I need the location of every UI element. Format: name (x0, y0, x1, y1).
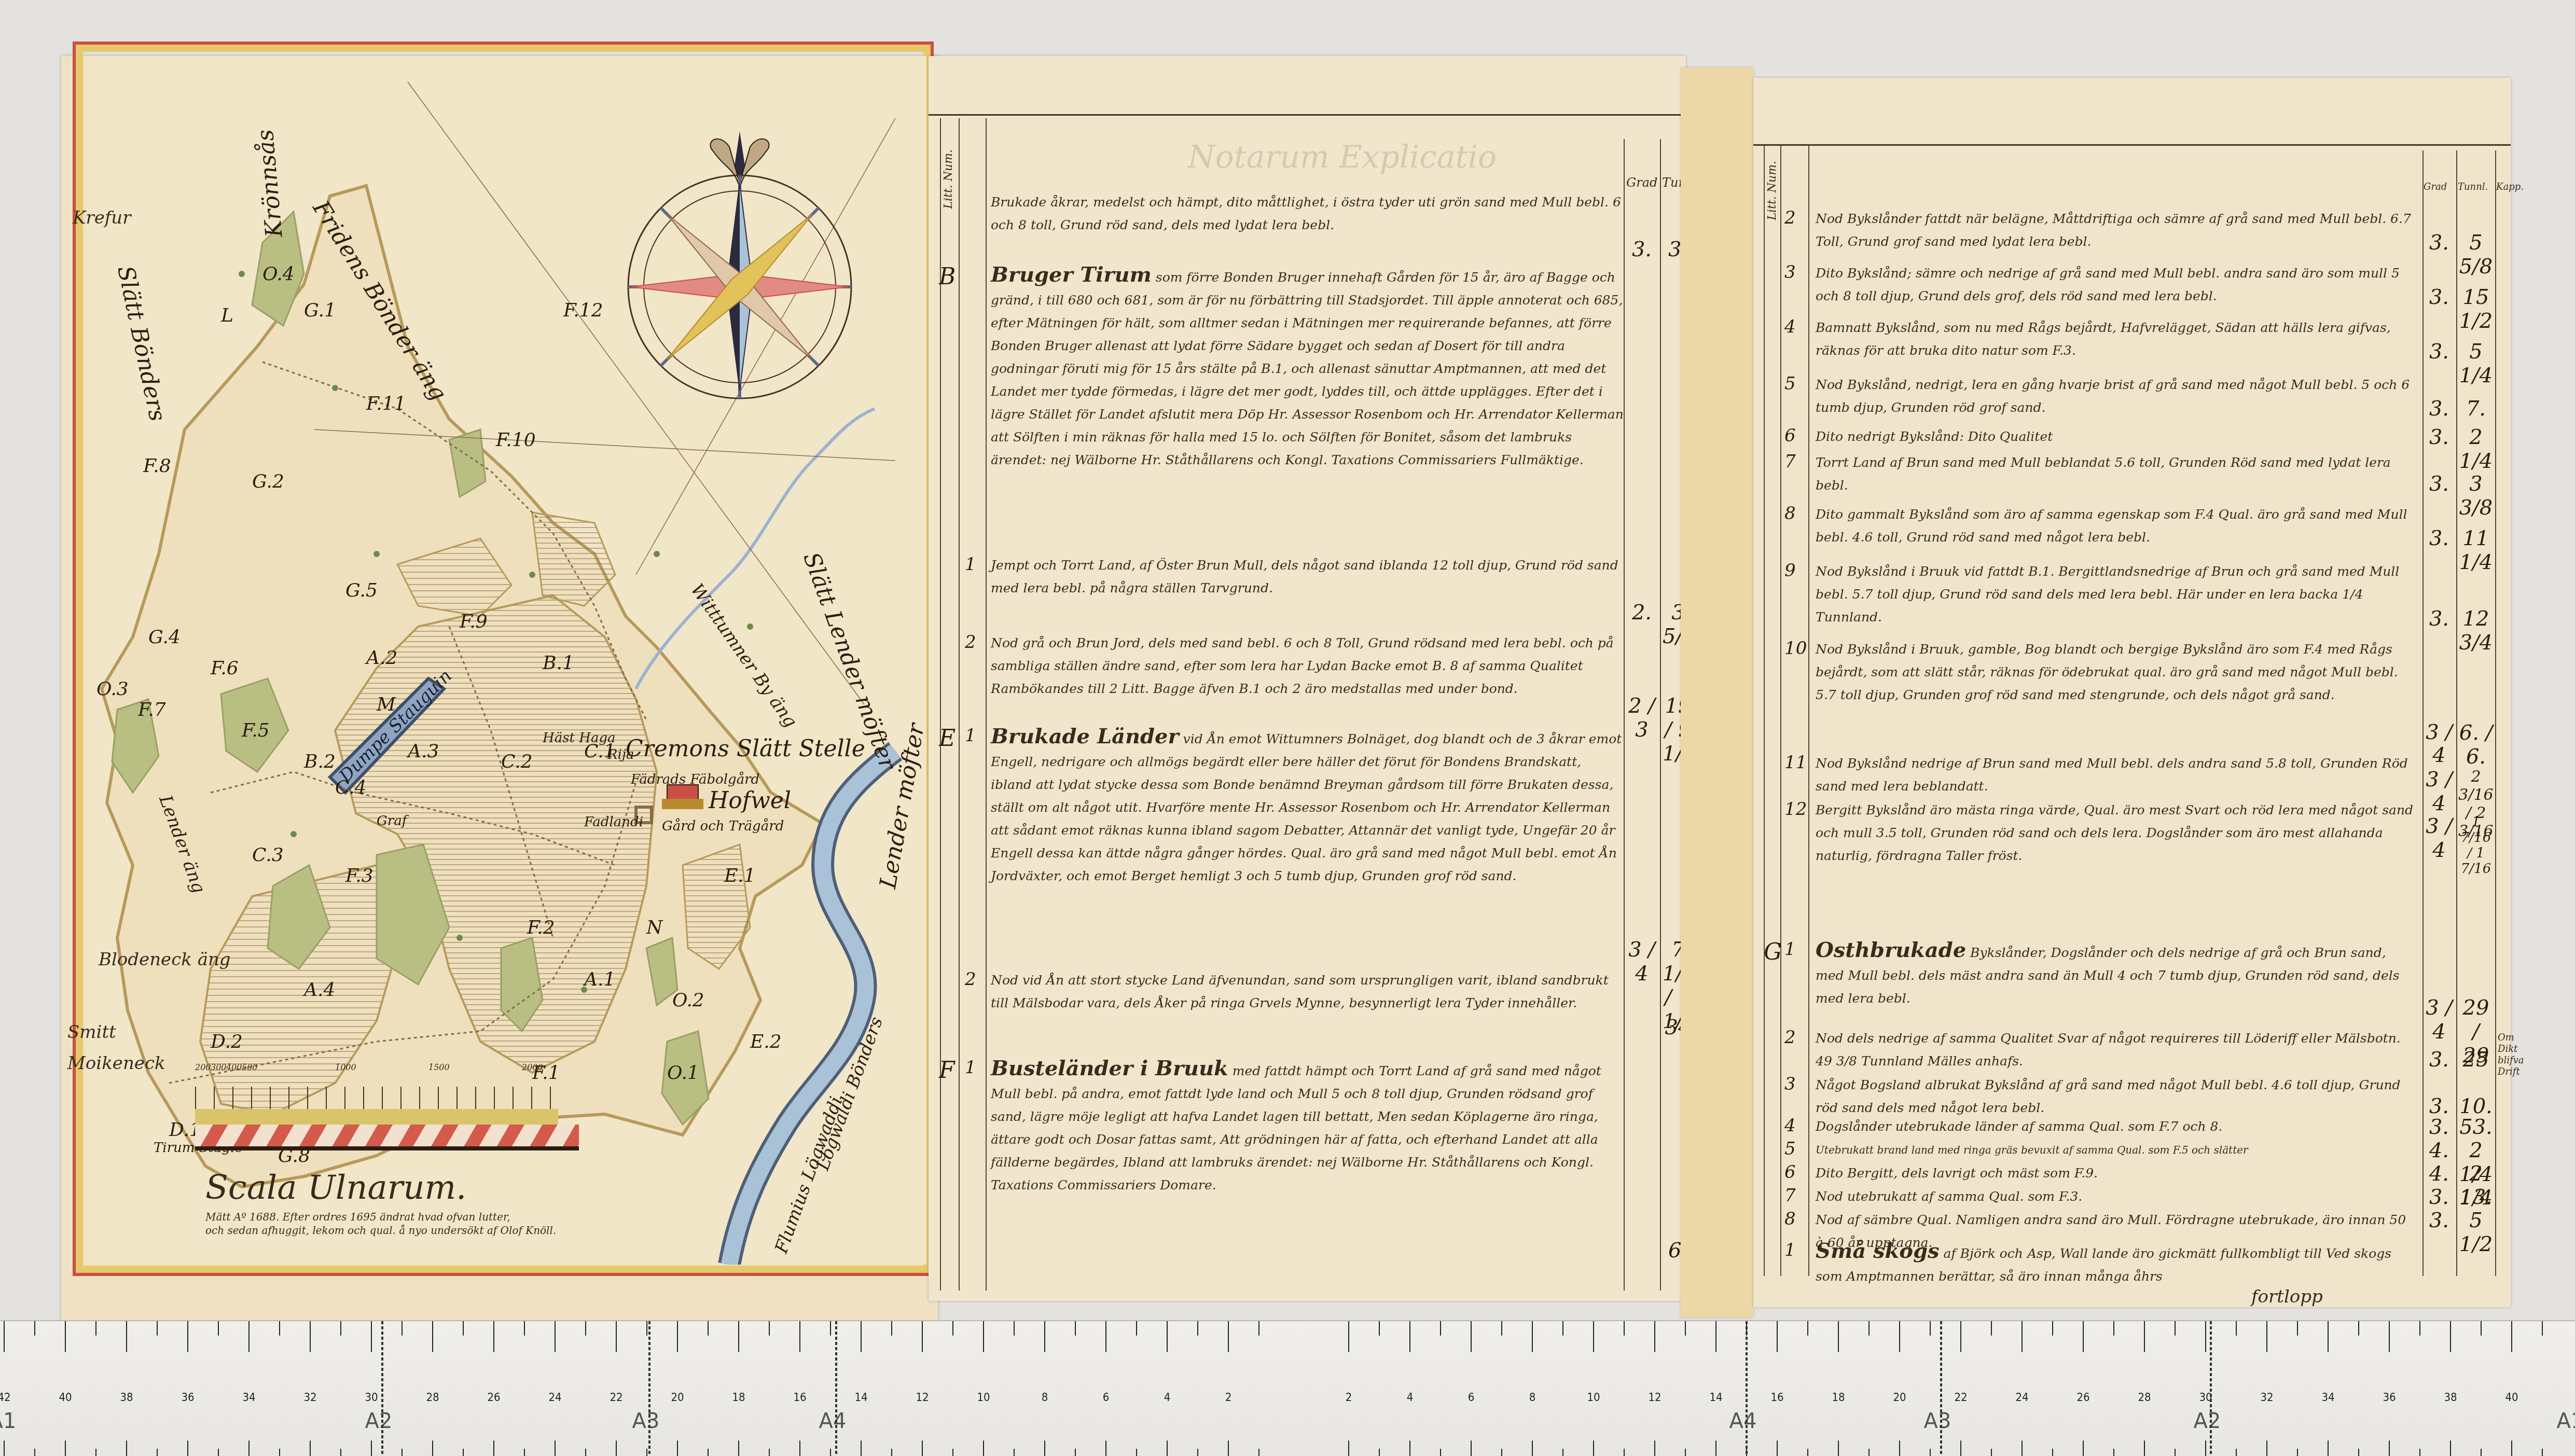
format-mark (648, 1321, 650, 1456)
entry: Nod dels nedrige af samma Qualitet Svar … (1816, 1027, 2417, 1073)
entry: Nod Bykslånd, nedrigt, lera en gång hvar… (1816, 373, 2417, 419)
parcel-code: D.2 (211, 1031, 243, 1052)
description-page-right: Litt. Num. Grad Tunnl. Kapp. 2 Nod Byksl… (1753, 78, 2511, 1307)
ruler-number: 36 (181, 1391, 194, 1404)
entry-number: 1 (965, 725, 976, 746)
entry-number: 4 (1784, 1115, 1796, 1136)
parcel-code: M (377, 694, 396, 715)
paper-format-label: A1 (0, 1409, 16, 1433)
ruler-number: 22 (610, 1391, 622, 1404)
column-rule (986, 118, 987, 1291)
value-grad: 3. (2424, 231, 2455, 255)
entry-number: 1 (965, 1057, 976, 1078)
entry: Torrt Land af Brun sand med Mull bebland… (1816, 451, 2417, 497)
scale-note-line-1: Mätt Aº 1688. Efter ordres 1695 ändrat h… (205, 1210, 600, 1224)
entry: Jempt och Torrt Land, af Öster Brun Mull… (991, 554, 1624, 600)
ruler-number: 38 (120, 1391, 133, 1404)
parcel-code: F.10 (496, 429, 536, 451)
value-grad: 3. (2424, 340, 2455, 364)
ruler-number: 36 (2383, 1391, 2396, 1404)
ruler-number: 30 (365, 1391, 378, 1404)
entry-text: Nod vid Ån att stort stycke Land äfvenun… (991, 973, 1609, 1010)
entry-text: med fattdt hämpt och Torrt Land af grå s… (991, 1063, 1601, 1192)
entry-number: 3 (1784, 1074, 1796, 1094)
entry: Små skogsaf Björk och Asp, Wall lande är… (1816, 1240, 2417, 1288)
parcel-code: C.1 (584, 741, 616, 762)
entry: Nod Bykslånd nedrige af Brun sand med Mu… (1816, 752, 2417, 798)
ruler-number: 14 (854, 1391, 867, 1404)
ruler-number: 38 (2444, 1391, 2457, 1404)
compass-rose-icon (610, 121, 869, 494)
column-header-lit-num: Litt. Num. (1766, 161, 1779, 220)
entry: Nod vid Ån att stort stycke Land äfvenun… (991, 969, 1624, 1015)
ruler-number: 12 (916, 1391, 929, 1404)
entry-text: Dito Bykslånd; sämre och nedrige af grå … (1816, 266, 2400, 303)
entry-text: Torrt Land af Brun sand med Mull bebland… (1816, 455, 2391, 493)
scale-tick: 200 (195, 1062, 211, 1072)
value-grad: 3 / 4 (2424, 814, 2455, 862)
ruler-number: 6 (1103, 1391, 1110, 1404)
value-grad: 3 / 4 (1626, 938, 1657, 986)
page-watermark: Notarum Explicatio (1188, 139, 1497, 175)
label-farmyard: Fädrads Fäbolgård (631, 772, 759, 787)
format-mark (835, 1321, 837, 1456)
entry-text: Nod Bykslånd i Bruuk, gamble, Bog blandt… (1816, 642, 2398, 702)
value-tunnl: 11 1/4 (2458, 526, 2494, 574)
ruler-number: 4 (1407, 1391, 1414, 1404)
ruler-number: 2 (1225, 1391, 1232, 1404)
column-rule (959, 118, 960, 1291)
parcel-code: O.4 (262, 264, 295, 285)
parcel-code: F.2 (527, 917, 555, 938)
label-manor-sub: Hofwel (709, 787, 791, 814)
entry: Nod utebrukatt af samma Qual. som F.3. (1816, 1185, 2417, 1208)
entry-number: 2 (1784, 207, 1796, 228)
scale-tick: 300 (211, 1062, 227, 1072)
measurement-ruler: 4240383634323028262422201816141210864224… (0, 1320, 2575, 1456)
value-grad: 3 / 4 (2424, 996, 2455, 1044)
column-header-tunnl: Tunnl. (2458, 182, 2488, 192)
parcel-code: F.7 (138, 699, 166, 720)
label-smitt: Smitt Moikeneck (67, 1017, 130, 1079)
entry-text: Dito gammalt Bykslånd som äro af samma e… (1816, 507, 2407, 545)
parcel-code: A.4 (304, 979, 335, 1001)
entry-text: Bamnatt Bykslånd, som nu med Rågs bejård… (1816, 320, 2391, 358)
paper-format-label: A3 (1924, 1409, 1951, 1433)
scale-note-line-2: och sedan afhuggit, lekom och qual. å ny… (205, 1224, 600, 1237)
value-grad: 4. (2424, 1139, 2455, 1162)
ruler-number: 28 (2138, 1391, 2151, 1404)
parcel-code: F.6 (211, 658, 239, 679)
entry: Bamnatt Bykslånd, som nu med Rågs bejård… (1816, 316, 2417, 362)
column-header-kapp: Kapp. (2496, 182, 2524, 192)
parcel-code: O.3 (96, 678, 129, 700)
entry-number: 8 (1784, 503, 1796, 524)
entry-letter: G (1764, 939, 1782, 965)
entry-number: 1 (965, 554, 976, 575)
ruler-number: 20 (1893, 1391, 1906, 1404)
entry: Något Bogsland albrukat Bykslånd af grå … (1816, 1074, 2417, 1119)
entry-letter: B (939, 264, 956, 290)
entry-text: Nod Bykslånd i Bruuk vid fattdt B.1. Ber… (1816, 564, 2399, 625)
entry-number: 7 (1784, 451, 1796, 472)
paper-format-label: A2 (2194, 1409, 2221, 1433)
value-tunnl: 6. / 6. (2458, 721, 2494, 769)
column-header-lit-num: Litt. Num. (942, 149, 955, 209)
entry-letter: F (939, 1057, 955, 1084)
entry-text: vid Ån emot Wittumners Bolnäget, dog bla… (991, 731, 1622, 883)
entry: Busteländer i Bruukmed fattdt hämpt och … (991, 1057, 1624, 1197)
value-tunnl: 12 3/4 (2458, 607, 2494, 655)
label-sadlar: Fadlandi (584, 814, 643, 830)
format-mark (381, 1321, 383, 1456)
ruler-number: 28 (426, 1391, 439, 1404)
scale-tick: 1500 (428, 1062, 450, 1072)
column-header-grad: Grad (2424, 182, 2447, 192)
scale-tick: 1000 (335, 1062, 356, 1072)
entry: Dito Bykslånd; sämre och nedrige af grå … (1816, 262, 2417, 308)
ruler-number: 40 (2505, 1391, 2518, 1404)
entry-heading: Små skogs (1816, 1239, 1939, 1263)
entry-number: 1 (1784, 1240, 1796, 1260)
value-tunnl: 53. (2458, 1115, 2494, 1139)
column-rule (2495, 150, 2496, 1276)
column-rule (2456, 150, 2457, 1276)
value-tunnl: 13. (2458, 1185, 2494, 1209)
description-page-left: Notarum Explicatio Litt. Num. Grad Tunnl… (929, 56, 1686, 1301)
parcel-code: C.3 (252, 844, 284, 866)
ruler-number: 22 (1954, 1391, 1967, 1404)
entry: Dito gammalt Bykslånd som äro af samma e… (1816, 503, 2417, 549)
entry: Brukade åkrar, medelst och hämpt, dito m… (991, 191, 1624, 237)
entry-number: 6 (1784, 425, 1796, 446)
scale-tick: 400 (226, 1062, 242, 1072)
scale-hatch (195, 1125, 579, 1150)
parcel-code: G.2 (252, 471, 284, 492)
entry-number: 3 (1784, 262, 1796, 283)
value-grad: 3. (2424, 607, 2455, 631)
label-garden: Gård och Trägård (662, 819, 784, 834)
parcel-code: B.1 (543, 653, 574, 674)
label-krefur: Krefur (73, 207, 131, 228)
value-grad: 3. (1626, 238, 1657, 261)
entry-text: Dogslånder utebrukade länder af samma Qu… (1816, 1119, 2222, 1134)
entry-text: Nod Bykslånder fattdt när belägne, Måttd… (1816, 211, 2411, 249)
entry: Nod Bykslånd i Bruuk vid fattdt B.1. Ber… (1816, 560, 2417, 629)
value-grad: 2 / 3 (1626, 694, 1657, 742)
parcel-code: G.4 (148, 627, 181, 648)
ruler-number: 32 (2260, 1391, 2273, 1404)
value-grad: 3. (2424, 1048, 2455, 1072)
entry-number: 1 (1784, 939, 1796, 960)
entry-number: 7 (1784, 1185, 1796, 1206)
column-header-grad: Grad (1626, 175, 1657, 190)
value-grad: 3. (2424, 526, 2455, 550)
format-mark (1746, 1321, 1748, 1456)
parcel-code: F.11 (366, 393, 406, 414)
value-grad: 3 / 4 (2424, 768, 2455, 815)
ruler-number: 24 (2015, 1391, 2028, 1404)
entry: Nod Bykslånd i Bruuk, gamble, Bog blandt… (1816, 638, 2417, 706)
parcel-code: F.9 (460, 611, 488, 632)
column-rule (1780, 145, 1781, 1276)
entry-number: 2 (965, 632, 976, 653)
value-tunnl: 15 1/2 (2458, 285, 2494, 333)
entry-number: 9 (1784, 560, 1796, 581)
entry-letter: E (939, 725, 956, 752)
paper-format-label: A3 (632, 1409, 660, 1433)
entry-number: 12 (1784, 799, 1807, 820)
parcel-code: O.2 (672, 990, 704, 1011)
parcel-code: N (646, 917, 663, 938)
entry-text: Nod utebrukatt af samma Qual. som F.3. (1816, 1189, 2082, 1204)
entry: Utebrukatt brand land med ringa gräs bev… (1816, 1139, 2417, 1161)
page-top-rule (1753, 144, 2511, 146)
entry-text: Utebrukatt brand land med ringa gräs bev… (1816, 1144, 2248, 1156)
entry: Nod Bykslånder fattdt när belägne, Måttd… (1816, 207, 2417, 253)
column-rule (1764, 145, 1765, 1276)
scale-band (195, 1109, 558, 1126)
parcel-code: F.5 (242, 720, 270, 741)
ruler-number: 26 (2076, 1391, 2089, 1404)
ruler-number: 10 (1587, 1391, 1600, 1404)
entry-text: Nod dels nedrige af samma Qualitet Svar … (1816, 1031, 2401, 1069)
parcel-code: L (221, 305, 233, 326)
parcel-code: G.1 (304, 300, 336, 321)
entry-text: Nod grå och Brun Jord, dels med sand beb… (991, 635, 1614, 696)
ruler-number: 26 (487, 1391, 500, 1404)
format-mark (1940, 1321, 1942, 1456)
paper-format-label: A1 (2557, 1409, 2575, 1433)
entry-number: 5 (1784, 373, 1796, 394)
value-grad: 2. (1626, 601, 1657, 625)
parcel-code: O.1 (667, 1062, 699, 1084)
entry-number: 2 (965, 969, 976, 990)
entry: Dito Bergitt, dels lavrigt och mäst som … (1816, 1162, 2417, 1185)
entry-number: 8 (1784, 1209, 1796, 1229)
ruler-number: 16 (793, 1391, 806, 1404)
entry: OsthbrukadeBykslånder, Dogslånder och de… (1816, 939, 2417, 1010)
parcel-code: F.8 (143, 455, 171, 477)
ruler-number: 6 (1468, 1391, 1475, 1404)
parcel-code: E.2 (750, 1031, 782, 1052)
paper-format-label: A4 (819, 1409, 847, 1433)
parcel-code: A.1 (584, 969, 615, 990)
entry-number: 4 (1784, 316, 1796, 337)
value-tunnl: 5 5/8 (2458, 231, 2494, 279)
value-tunnl: 5 1/2 (2458, 1209, 2494, 1256)
entry-heading: Osthbrukade (1816, 938, 1966, 962)
ruler-number: 34 (2321, 1391, 2334, 1404)
ruler-number: 24 (548, 1391, 561, 1404)
ruler-number: 2 (1346, 1391, 1352, 1404)
entry-text: Dito Bergitt, dels lavrigt och mäst som … (1816, 1166, 2098, 1181)
entry-number: 2 (1784, 1027, 1796, 1048)
parcel-code: F.12 (563, 300, 603, 321)
entry-number: 6 (1784, 1162, 1796, 1183)
column-rule (1624, 139, 1625, 1291)
ruler-number: 4 (1164, 1391, 1171, 1404)
parcel-code: A.3 (408, 741, 439, 762)
value-grad: 3. (2424, 1115, 2455, 1139)
parcel-code: A.2 (366, 647, 397, 669)
entry-text: Något Bogsland albrukat Bykslånd af grå … (1816, 1077, 2401, 1115)
ruler-number: 12 (1648, 1391, 1661, 1404)
parcel-code: E.1 (724, 865, 756, 886)
ruler-number: 8 (1042, 1391, 1048, 1404)
value-grad: 3. (2424, 397, 2455, 421)
paper-format-label: A2 (365, 1409, 393, 1433)
value-tunnl: 2 1/4 (2458, 425, 2494, 473)
map-scale-note: Mätt Aº 1688. Efter ordres 1695 ändrat h… (205, 1210, 600, 1237)
ruler-number: 16 (1770, 1391, 1783, 1404)
value-tunnl: 7. (2458, 397, 2494, 421)
parcel-code: F.3 (345, 865, 373, 886)
parcel-code: C.4 (335, 777, 367, 798)
entry-text: Bergitt Bykslånd äro mästa ringa värde, … (1816, 802, 2413, 863)
entry-text: Nod Bykslånd nedrige af Brun sand med Mu… (1816, 756, 2408, 794)
value-tunnl: 3 3/8 (2458, 472, 2494, 520)
column-rule (940, 118, 941, 1291)
entry: Bergitt Bykslånd äro mästa ringa värde, … (1816, 799, 2417, 867)
entry-text: som förre Bonden Bruger innehaft Gården … (991, 270, 1624, 467)
entry-number: 11 (1784, 752, 1807, 773)
ruler-number: 42 (0, 1391, 11, 1404)
parcel-code: B.2 (304, 751, 336, 772)
column-rule (1808, 145, 1809, 1276)
value-grad: 3. (2424, 472, 2455, 496)
entry: Bruger Tirumsom förre Bonden Bruger inne… (991, 264, 1624, 472)
scale-tick: 2000 (522, 1062, 543, 1072)
ruler-number: 14 (1709, 1391, 1722, 1404)
value-grad: 3. (2424, 1185, 2455, 1209)
entry-text: Nod Bykslånd, nedrigt, lera en gång hvar… (1816, 377, 2410, 415)
parcel-code: C.2 (501, 751, 533, 772)
paper-format-label: A4 (1729, 1409, 1757, 1433)
value-grad: 3. (2424, 285, 2455, 309)
entry-number: 10 (1784, 638, 1807, 659)
ruler-number: 10 (977, 1391, 990, 1404)
label-graf: Graf (377, 813, 407, 829)
entry: Dito nedrigt Bykslånd: Dito Qualitet (1816, 425, 2417, 448)
entry-heading: Brukade Länder (991, 724, 1179, 748)
entry: Dogslånder utebrukade länder af samma Qu… (1816, 1115, 2417, 1138)
ruler-number: 18 (732, 1391, 745, 1404)
margin-note: Om Dikt blifva Drift (2498, 1032, 2529, 1078)
page-top-rule (929, 114, 1686, 116)
value-tunnl: 25 (2458, 1048, 2494, 1072)
map-title: Scala Ulnarum. (205, 1169, 466, 1207)
cadastral-map: Krönnsås Fridens Bönder äng Slätt Bönder… (86, 56, 926, 1265)
parcel-code: G.5 (345, 580, 378, 601)
ruler-number: 34 (242, 1391, 255, 1404)
column-rule (1660, 139, 1661, 1291)
value-tunnl: 5 1/4 (2458, 340, 2494, 387)
ruler-number: 8 (1529, 1391, 1536, 1404)
label-manor: Cremons Slätt Stelle (626, 736, 865, 762)
value-tunnl: 1 7/16 / 1 7/16 (2458, 814, 2494, 877)
ruler-number: 20 (671, 1391, 684, 1404)
entry-number: 5 (1784, 1139, 1796, 1159)
format-mark (2210, 1321, 2212, 1456)
entry: Brukade Ländervid Ån emot Wittumners Bol… (991, 725, 1624, 888)
value-grad: 3. (2424, 1209, 2455, 1232)
ruler-number: 40 (59, 1391, 72, 1404)
entry-text: Dito nedrigt Bykslånd: Dito Qualitet (1816, 429, 2053, 444)
entry-heading: Busteländer i Bruuk (991, 1056, 1228, 1080)
entry-text: Jempt och Torrt Land, af Öster Brun Mull… (991, 558, 1618, 595)
ruler-ticks (0, 1321, 2575, 1456)
value-grad: 4. (2424, 1162, 2455, 1186)
label-blodeneck: Blodeneck äng (99, 949, 231, 970)
scale-tick: 500 (242, 1062, 258, 1072)
binding-tape (1681, 67, 1753, 1318)
ruler-number: 32 (303, 1391, 316, 1404)
entry-heading: Bruger Tirum (991, 262, 1152, 287)
entry-text: Brukade åkrar, medelst och hämpt, dito m… (991, 195, 1621, 232)
entry: Nod grå och Brun Jord, dels med sand beb… (991, 632, 1624, 700)
value-grad: 3 / 4 (2424, 721, 2455, 767)
signoff: fortlopp (2251, 1286, 2323, 1307)
value-grad: 3. (2424, 425, 2455, 449)
ruler-number: 18 (1832, 1391, 1845, 1404)
